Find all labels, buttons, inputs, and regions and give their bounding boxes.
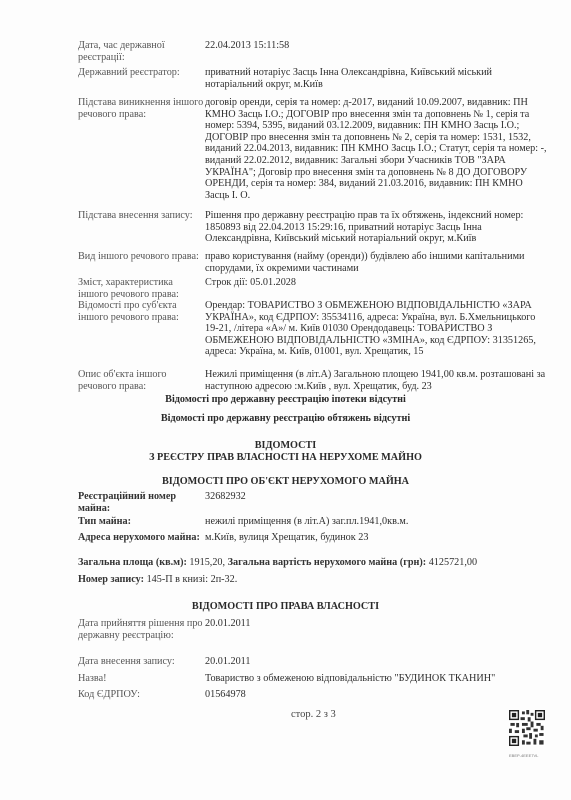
field-label: Державний реєстратор: (78, 67, 205, 90)
field-label: Дата прийняття рішення про державну реєс… (78, 618, 205, 641)
field-value: Орендар: ТОВАРИСТВО З ОБМЕЖЕНОЮ ВІДПОВІД… (205, 300, 548, 358)
field-value: приватний нотаріус Засць Інна Олександрі… (205, 67, 548, 90)
field-label: Підстава виникнення іншого речового прав… (78, 97, 205, 201)
field-right-subject: Відомості про суб'єкта іншого речового п… (78, 300, 548, 358)
field-label: Вид іншого речового права: (78, 251, 205, 274)
field-edrpou-code: Код ЄДРПОУ: 01564978 (78, 689, 548, 701)
field-value: 20.01.2011 (205, 618, 548, 641)
field-registration-datetime: Дата, час державної реєстрації: 22.04.20… (78, 40, 548, 63)
field-label: Тип майна: (78, 516, 205, 528)
notice-encumbrance-absent: Відомості про державну реєстрацію обтяже… (0, 413, 571, 425)
field-value: м.Київ, вулиця Хрещатик, будинок 23 (205, 532, 548, 544)
field-right-type: Вид іншого речового права: право користу… (78, 251, 548, 274)
record-number-line: Номер запису: 145-П в книзі: 2п-32. (78, 574, 548, 586)
area-label: Загальна площа (кв.м): (78, 557, 187, 568)
cost-label: Загальна вартість нерухомого майна (грн)… (228, 557, 427, 568)
field-right-basis: Підстава виникнення іншого речового прав… (78, 97, 548, 201)
field-value: Строк дії: 05.01.2028 (205, 277, 548, 300)
field-label: Відомості про суб'єкта іншого речового п… (78, 300, 205, 358)
field-label: Зміст, характеристика іншого речового пр… (78, 277, 205, 300)
page-number: стор. 2 з 3 (291, 709, 336, 721)
qr-code-icon (509, 709, 545, 747)
field-object-description: Опис об'єкта іншого речового права: Нежи… (78, 369, 548, 392)
cost-value: 4125721,00 (429, 557, 477, 568)
field-value: 32682932 (205, 491, 548, 514)
qr-code-caption: ЕВЕР-4ЕЕЕ7VL (509, 750, 549, 762)
field-label: Підстава внесення запису: (78, 210, 205, 245)
field-record-basis: Підстава внесення запису: Рішення про де… (78, 210, 548, 245)
field-label: Реєстраційний номер майна: (78, 491, 205, 514)
record-label: Номер запису: (78, 574, 144, 585)
object-heading: ВІДОМОСТІ ПРО ОБ'ЄКТ НЕРУХОМОГО МАЙНА (0, 476, 571, 488)
field-label: Код ЄДРПОУ: (78, 689, 205, 701)
field-value: право користування (найму (оренди)) буді… (205, 251, 548, 274)
field-value: нежилі приміщення (в літ.А) заг.пл.1941,… (205, 516, 548, 528)
field-registration-number: Реєстраційний номер майна: 32682932 (78, 491, 548, 514)
field-value: Товариство з обмеженою відповідальністю … (205, 673, 548, 685)
field-label: Назва! (78, 673, 205, 685)
section-title-line2: З РЕЄСТРУ ПРАВ ВЛАСНОСТІ НА НЕРУХОМЕ МАЙ… (0, 452, 571, 464)
area-cost-line: Загальна площа (кв.м): 1915,20, Загальна… (78, 557, 548, 569)
field-label: Опис об'єкта іншого речового права: (78, 369, 205, 392)
field-label: Дата, час державної реєстрації: (78, 40, 205, 63)
field-property-address: Адреса нерухомого майна: м.Київ, вулиця … (78, 532, 548, 544)
field-right-content: Зміст, характеристика іншого речового пр… (78, 277, 548, 300)
field-value: Рішення про державну реєстрацію прав та … (205, 210, 548, 245)
rights-heading: ВІДОМОСТІ ПРО ПРАВА ВЛАСНОСТІ (0, 601, 571, 613)
area-value: 1915,20, (189, 557, 225, 568)
field-state-registrar: Державний реєстратор: приватний нотаріус… (78, 67, 548, 90)
field-owner-name: Назва! Товариство з обмеженою відповідал… (78, 673, 548, 685)
record-value: 145-П в книзі: 2п-32. (147, 574, 238, 585)
field-value: договір оренди, серія та номер: д-2017, … (205, 97, 548, 201)
field-label: Дата внесення запису: (78, 656, 205, 668)
field-value: Нежилі приміщення (в літ.А) Загальною пл… (205, 369, 548, 392)
field-label: Адреса нерухомого майна: (78, 532, 205, 544)
section-title-line1: ВІДОМОСТІ (0, 440, 571, 452)
notice-mortgage-absent: Відомості про державну реєстрацію іпотек… (0, 394, 571, 406)
field-value: 22.04.2013 15:11:58 (205, 40, 548, 63)
field-value: 01564978 (205, 689, 548, 701)
field-value: 20.01.2011 (205, 656, 548, 668)
document-page: Дата, час державної реєстрації: 22.04.20… (0, 0, 571, 800)
field-property-type: Тип майна: нежилі приміщення (в літ.А) з… (78, 516, 548, 528)
field-record-date: Дата внесення запису: 20.01.2011 (78, 656, 548, 668)
field-decision-date: Дата прийняття рішення про державну реєс… (78, 618, 548, 641)
